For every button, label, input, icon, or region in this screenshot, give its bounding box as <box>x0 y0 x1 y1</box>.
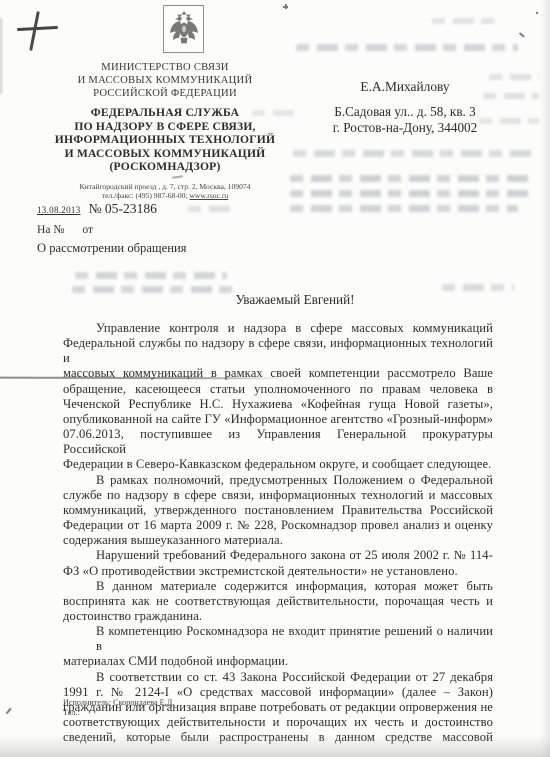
body-paragraphs: Управление контроля и надзора в сфере ма… <box>63 321 493 745</box>
recipient-address: Б.Садовая ул.. д. 58, кв. 3 г. Ростов-на… <box>299 104 511 135</box>
scan-edge-artifact <box>0 18 2 94</box>
double-headed-eagle-icon <box>168 9 200 49</box>
letter-subject: О рассмотрении обращения <box>37 241 186 256</box>
body-line: службе по надзору в сфере связи, информа… <box>63 488 493 503</box>
executor-block: Исполнитель: Скорондаева Е.Д. Тел.: <box>63 698 174 719</box>
bleed-through-artifact <box>290 190 535 197</box>
reply-to-label: На № <box>37 223 64 236</box>
body-line: обращение, касеющееся статьи уполномочен… <box>63 382 493 397</box>
bleed-through-artifact <box>442 284 514 291</box>
scan-speck <box>283 6 288 8</box>
letterhead-address: Китайгородский проезд , д. 7, стр. 2, Мо… <box>28 182 302 191</box>
recipient-name: Е.А.Михайлову <box>299 79 511 95</box>
ministry-line: И МАССОВЫХ КОММУНИКАЦИЙ <box>28 74 302 87</box>
letterhead-website-link: www.rsoc.ru <box>189 191 228 200</box>
outgoing-number-line: 13.08.2013 № 05-23186 <box>37 200 186 218</box>
ministry-name-block: МИНИСТЕРСТВО СВЯЗИ И МАССОВЫХ КОММУНИКАЦ… <box>28 61 302 100</box>
bleed-through-artifact <box>432 18 500 24</box>
bleed-through-artifact <box>75 272 227 279</box>
reference-block: 13.08.2013 № 05-23186 На № от О рассмотр… <box>37 200 186 256</box>
bleed-through-artifact <box>293 150 533 157</box>
body-line: воспринята как не соответствующая действ… <box>63 594 493 609</box>
body-line: опубликованной на сайте ГУ «Информационн… <box>63 412 493 427</box>
reply-to-line: На № от <box>37 223 186 236</box>
body-line: Федерации в Северо-Кавказском федерально… <box>63 457 493 472</box>
ministry-line: МИНИСТЕРСТВО СВЯЗИ <box>28 61 302 74</box>
body-line: Чеченской Республике Н.С. Нухажиева «Коф… <box>63 397 493 412</box>
body-line: достоинство гражданина. <box>63 609 493 624</box>
body-line: сведений, которые были распространены в … <box>63 730 493 745</box>
body-line: Нарушений требований Федерального закона… <box>63 548 493 563</box>
recipient-address-line: Б.Садовая ул.. д. 58, кв. 3 <box>299 104 511 120</box>
letter-date: 13.08.2013 <box>37 205 81 215</box>
handwritten-cross-mark <box>17 26 58 31</box>
body-line: В рамках полномочий, предусмотренных Пол… <box>63 473 493 488</box>
letter-number: № 05-23186 <box>89 201 157 216</box>
agency-line: ФЕДЕРАЛЬНАЯ СЛУЖБА <box>28 106 302 120</box>
agency-line: (РОСКОМНАДЗОР) <box>28 160 302 174</box>
agency-line: ИНФОРМАЦИОННЫХ ТЕХНОЛОГИЙ <box>28 133 302 147</box>
body-line: В компетенцию Роскомнадзора не входит пр… <box>63 624 493 654</box>
recipient-block: Е.А.Михайлову Б.Садовая ул.. д. 58, кв. … <box>299 79 511 135</box>
body-line: 07.06.2013, поступившее из Управления Ге… <box>63 427 493 457</box>
scan-speck <box>285 4 287 9</box>
handwritten-cross-mark <box>29 11 39 51</box>
body-line: коммуникаций, утвержденного постановлени… <box>63 503 493 518</box>
recipient-address-line: г. Ростов-на-Дону, 344002 <box>299 120 511 136</box>
letterhead-contact-block: Китайгородский проезд , д. 7, стр. 2, Мо… <box>28 182 302 201</box>
body-line: В данном материале содержится информация… <box>63 579 493 594</box>
ministry-line: РОССИЙСКОЙ ФЕДЕРАЦИИ <box>28 87 302 100</box>
scanned-letter-page: МИНИСТЕРСТВО СВЯЗИ И МАССОВЫХ КОММУНИКАЦ… <box>0 0 550 757</box>
fold-crease-artifact <box>0 377 288 380</box>
small-dash-mark <box>172 175 183 179</box>
body-line: содержания вышеуказанного материала. <box>63 533 493 548</box>
bleed-through-artifact <box>290 175 535 182</box>
body-line: материалах СМИ подобной информации. <box>63 654 493 669</box>
scan-speck <box>6 708 12 714</box>
body-line: В соответствии со ст. 43 Закона Российск… <box>63 670 493 685</box>
agency-line: И МАССОВЫХ КОММУНИКАЦИЙ <box>28 147 302 161</box>
salutation: Уважаемый Евгений! <box>80 292 510 308</box>
state-emblem-box <box>163 5 204 53</box>
body-line: Управление контроля и надзора в сфере ма… <box>63 321 493 336</box>
body-line: Федеральной службы по надзору в сфере св… <box>63 336 493 366</box>
reply-from-label: от <box>82 223 93 236</box>
scan-speck <box>519 32 525 37</box>
agency-name-block: ФЕДЕРАЛЬНАЯ СЛУЖБА ПО НАДЗОРУ В СФЕРЕ СВ… <box>28 106 302 174</box>
executor-line: Исполнитель: Скорондаева Е.Д. <box>63 698 174 708</box>
agency-line: ПО НАДЗОРУ В СФЕРЕ СВЯЗИ, <box>28 120 302 134</box>
bleed-through-artifact <box>188 206 234 212</box>
bleed-through-artifact <box>296 44 518 51</box>
scan-speck <box>536 12 538 14</box>
body-line: ФЗ «О противодействии экстремистской дея… <box>63 564 493 579</box>
body-line: Федерации от 16 марта 2009 г. № 228, Рос… <box>63 518 493 533</box>
executor-phone-line: Тел.: <box>63 708 174 718</box>
bleed-through-artifact <box>290 205 518 212</box>
